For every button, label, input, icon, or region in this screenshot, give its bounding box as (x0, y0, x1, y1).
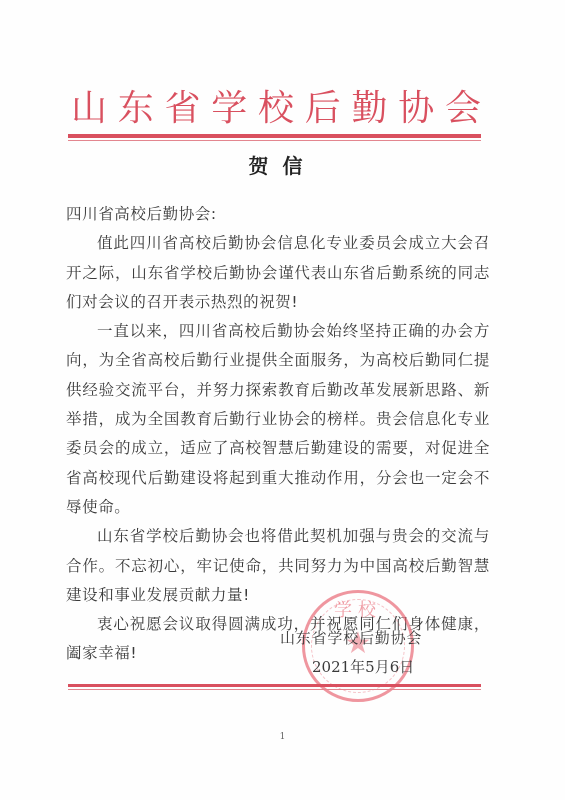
letterhead-char: 会 (444, 88, 482, 130)
paragraph-3: 山东省学校后勤协会也将借此契机加强与贵会的交流与合作。不忘初心，牢记使命，共同努… (66, 522, 490, 610)
document-title: 贺信 (0, 152, 565, 180)
paragraph-2: 一直以来，四川省高校后勤协会始终坚持正确的办会方向，为全省高校后勤行业提供全面服… (66, 317, 490, 522)
footer-rule-thin (68, 689, 481, 690)
letterhead-char: 山 (70, 88, 108, 130)
letterhead-char: 勤 (351, 88, 389, 130)
letter-body: 四川省高校后勤协会: 值此四川省高校后勤协会信息化专业委员会成立大会召开之际，山… (66, 200, 490, 669)
page-number: 1 (0, 732, 565, 742)
letterhead-char: 省 (164, 88, 202, 130)
letterhead-rule-thin (68, 140, 481, 141)
letterhead-char: 学 (210, 88, 248, 130)
footer-rule-thick (68, 684, 481, 687)
document-page: 山 东 省 学 校 后 勤 协 会 贺信 四川省高校后勤协会: 值此四川省高校后… (0, 0, 565, 800)
letterhead-rule-thick (68, 134, 481, 138)
letterhead-char: 协 (397, 88, 435, 130)
letterhead-title: 山 东 省 学 校 后 勤 协 会 (70, 88, 482, 130)
signature-date: 2021年5月6日 (280, 653, 450, 682)
letterhead-char: 后 (304, 88, 342, 130)
letterhead-char: 校 (257, 88, 295, 130)
salutation: 四川省高校后勤协会: (66, 200, 490, 229)
signature-block: 山东省学校后勤协会 2021年5月6日 (280, 624, 450, 682)
paragraph-1: 值此四川省高校后勤协会信息化专业委员会成立大会召开之际，山东省学校后勤协会谨代表… (66, 229, 490, 317)
signature-organization: 山东省学校后勤协会 (280, 624, 450, 653)
letterhead-char: 东 (117, 88, 155, 130)
